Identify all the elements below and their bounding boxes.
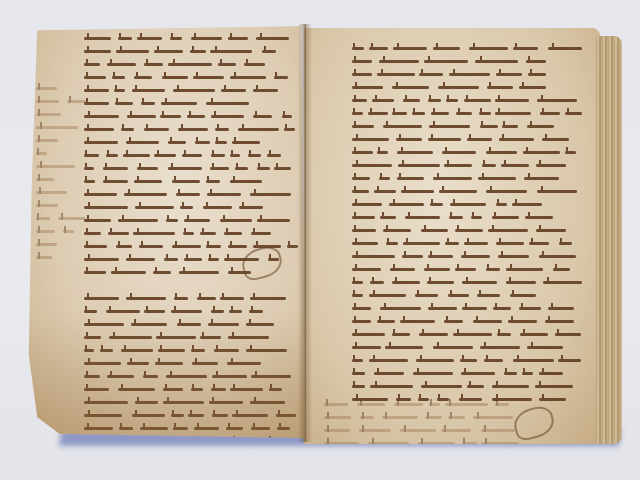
handwritten-word — [172, 245, 201, 248]
handwritten-word — [501, 164, 529, 167]
handwritten-word — [508, 320, 537, 323]
handwritten-word — [352, 372, 365, 375]
handwritten-line — [352, 133, 584, 146]
handwritten-word — [477, 294, 501, 297]
handwritten-line — [84, 357, 298, 370]
handwritten-line — [352, 380, 584, 393]
handwritten-word — [383, 125, 422, 128]
handwritten-word — [368, 442, 410, 444]
handwritten-word — [203, 206, 232, 209]
handwritten-word — [126, 297, 166, 300]
handwritten-word — [352, 47, 364, 50]
handwritten-line — [352, 224, 584, 237]
handwritten-word — [162, 76, 188, 79]
handwritten-word — [84, 323, 124, 326]
handwritten-word — [352, 320, 371, 323]
handwritten-line — [84, 292, 298, 305]
handwritten-word — [154, 154, 176, 157]
handwritten-word — [442, 151, 477, 154]
handwritten-word — [385, 346, 423, 349]
handwritten-word — [444, 320, 463, 323]
handwritten-word — [179, 271, 219, 274]
handwritten-line — [36, 95, 86, 108]
handwritten-word — [497, 333, 511, 336]
handwritten-word — [403, 99, 420, 102]
handwritten-line — [84, 136, 298, 149]
handwritten-word — [191, 388, 203, 391]
handwritten-word — [524, 177, 559, 180]
right-main-text-block — [352, 42, 584, 406]
handwritten-word — [449, 73, 491, 76]
handwritten-word — [450, 203, 487, 206]
handwritten-word — [168, 63, 212, 66]
handwritten-line — [352, 367, 584, 380]
handwritten-word — [103, 167, 128, 170]
handwritten-word — [84, 219, 111, 222]
handwritten-word — [446, 99, 458, 102]
handwritten-word — [36, 113, 61, 116]
handwritten-word — [115, 102, 133, 105]
handwritten-word — [421, 385, 463, 388]
handwritten-word — [84, 89, 109, 92]
handwritten-word — [392, 281, 420, 284]
handwritten-line — [352, 315, 584, 328]
handwritten-word — [84, 401, 128, 404]
handwritten-word — [369, 359, 408, 362]
handwritten-word — [392, 112, 407, 115]
handwritten-line — [84, 305, 298, 318]
handwritten-word — [493, 307, 512, 310]
handwritten-word — [352, 268, 381, 271]
handwritten-word — [251, 232, 271, 235]
handwritten-word — [226, 427, 243, 430]
handwritten-word — [166, 219, 178, 222]
handwritten-word — [84, 388, 109, 391]
handwritten-word — [197, 297, 216, 300]
handwritten-word — [352, 255, 395, 258]
handwritten-word — [523, 151, 560, 154]
handwritten-line — [84, 71, 298, 84]
handwritten-word — [215, 141, 228, 144]
handwritten-word — [230, 154, 240, 157]
handwritten-word — [191, 349, 205, 352]
handwritten-word — [135, 401, 157, 404]
handwritten-word — [100, 349, 113, 352]
handwritten-word — [519, 307, 541, 310]
handwritten-word — [565, 151, 576, 154]
handwritten-word — [84, 193, 117, 196]
handwritten-word — [377, 320, 395, 323]
handwritten-line — [84, 370, 298, 383]
handwritten-word — [230, 76, 266, 79]
handwritten-word — [218, 63, 236, 66]
handwritten-line — [36, 147, 86, 160]
handwritten-word — [548, 47, 581, 50]
handwritten-word — [160, 115, 181, 118]
handwritten-word — [527, 125, 554, 128]
handwritten-line — [352, 302, 584, 315]
handwritten-word — [513, 47, 538, 50]
left-lower-text-block — [84, 292, 298, 438]
handwritten-word — [460, 359, 477, 362]
handwritten-line — [352, 42, 584, 55]
handwritten-word — [155, 362, 183, 365]
handwritten-word — [486, 190, 528, 193]
handwritten-word — [486, 151, 517, 154]
handwritten-word — [545, 320, 575, 323]
handwritten-word — [513, 359, 554, 362]
handwritten-word — [36, 87, 57, 90]
handwritten-word — [539, 372, 563, 375]
handwritten-word — [453, 333, 492, 336]
handwritten-word — [379, 60, 419, 63]
handwritten-word — [230, 180, 263, 183]
handwritten-line — [84, 175, 298, 188]
handwritten-word — [140, 427, 168, 430]
handwritten-word — [439, 190, 478, 193]
handwritten-word — [352, 164, 392, 167]
handwritten-word — [284, 128, 295, 131]
handwritten-word — [526, 60, 546, 63]
handwritten-word — [227, 362, 260, 365]
handwritten-word — [368, 112, 388, 115]
handwritten-word — [428, 99, 441, 102]
handwritten-word — [224, 232, 242, 235]
right-page — [304, 28, 600, 444]
handwritten-line — [36, 186, 86, 199]
handwritten-word — [433, 346, 473, 349]
handwritten-word — [352, 112, 363, 115]
handwritten-word — [164, 258, 178, 261]
handwritten-word — [496, 203, 508, 206]
handwritten-word — [352, 307, 371, 310]
handwritten-word — [352, 229, 376, 232]
handwritten-line — [84, 214, 298, 227]
handwritten-word — [127, 115, 156, 118]
handwritten-word — [250, 297, 287, 300]
handwritten-word — [84, 362, 121, 365]
handwritten-line — [84, 331, 298, 344]
handwritten-word — [352, 333, 385, 336]
handwritten-word — [84, 63, 100, 66]
handwritten-word — [250, 401, 285, 404]
handwritten-word — [324, 429, 350, 432]
handwritten-line — [84, 162, 298, 175]
handwritten-word — [372, 99, 394, 102]
handwritten-word — [473, 320, 502, 323]
handwritten-word — [559, 242, 573, 245]
handwritten-word — [444, 164, 472, 167]
handwritten-word — [528, 73, 545, 76]
handwritten-line — [352, 276, 584, 289]
handwritten-word — [246, 323, 273, 326]
handwritten-word — [107, 63, 136, 66]
handwritten-word — [487, 86, 513, 89]
handwritten-word — [253, 89, 278, 92]
handwritten-word — [84, 37, 111, 40]
handwritten-line — [352, 250, 584, 263]
handwritten-word — [249, 310, 262, 313]
handwritten-line — [84, 97, 298, 110]
handwritten-word — [456, 112, 472, 115]
handwritten-word — [383, 229, 412, 232]
handwritten-word — [262, 50, 276, 53]
handwritten-word — [211, 154, 226, 157]
handwritten-word — [539, 255, 576, 258]
handwritten-word — [390, 268, 415, 271]
handwritten-word — [84, 76, 106, 79]
handwritten-word — [107, 375, 134, 378]
handwritten-word — [486, 268, 500, 271]
handwritten-word — [419, 73, 443, 76]
handwritten-word — [235, 167, 248, 170]
handwritten-word — [84, 154, 99, 157]
handwritten-word — [173, 89, 215, 92]
handwritten-word — [144, 63, 164, 66]
handwritten-word — [84, 375, 100, 378]
handwritten-word — [520, 333, 548, 336]
handwritten-word — [352, 242, 378, 245]
handwritten-word — [251, 427, 271, 430]
handwritten-word — [114, 89, 126, 92]
handwritten-line — [352, 81, 584, 94]
handwritten-word — [256, 37, 288, 40]
handwritten-word — [180, 206, 193, 209]
handwritten-word — [200, 336, 221, 339]
handwritten-word — [445, 403, 488, 406]
handwritten-word — [246, 349, 287, 352]
handwritten-word — [542, 138, 569, 141]
handwritten-word — [267, 154, 281, 157]
handwritten-word — [188, 414, 204, 417]
handwritten-word — [84, 414, 122, 417]
handwritten-word — [158, 349, 186, 352]
handwritten-word — [478, 177, 516, 180]
handwritten-word — [529, 242, 549, 245]
handwritten-line — [352, 94, 584, 107]
handwritten-word — [464, 242, 488, 245]
handwritten-word — [221, 89, 246, 92]
handwritten-word — [473, 416, 513, 419]
handwritten-word — [84, 50, 111, 53]
handwritten-word — [215, 128, 229, 131]
handwritten-word — [416, 359, 454, 362]
handwritten-word — [512, 203, 542, 206]
handwritten-word — [84, 258, 119, 261]
handwritten-word — [377, 73, 415, 76]
handwritten-word — [156, 336, 195, 339]
handwritten-word — [67, 100, 86, 103]
handwritten-word — [495, 99, 529, 102]
handwritten-word — [527, 346, 563, 349]
handwritten-word — [126, 141, 158, 144]
handwritten-word — [352, 294, 363, 297]
handwritten-word — [382, 416, 419, 419]
handwritten-word — [537, 190, 577, 193]
handwritten-word — [36, 139, 58, 142]
handwritten-word — [211, 388, 225, 391]
handwritten-word — [510, 294, 536, 297]
handwritten-line — [352, 107, 584, 120]
handwritten-word — [84, 349, 94, 352]
handwritten-word — [429, 403, 440, 406]
handwritten-word — [228, 336, 269, 339]
handwritten-word — [488, 229, 529, 232]
handwritten-word — [469, 47, 507, 50]
handwritten-word — [352, 73, 372, 76]
handwritten-word — [522, 372, 533, 375]
handwritten-word — [36, 152, 47, 155]
handwritten-word — [479, 112, 490, 115]
handwritten-word — [400, 429, 436, 432]
handwritten-word — [380, 216, 396, 219]
handwritten-line — [352, 289, 584, 302]
handwritten-word — [535, 385, 573, 388]
handwritten-word — [418, 442, 455, 444]
handwritten-line — [352, 146, 584, 159]
handwritten-word — [396, 138, 422, 141]
handwritten-line — [84, 409, 298, 422]
handwritten-word — [166, 375, 208, 378]
handwritten-line — [84, 344, 298, 357]
handwritten-word — [171, 414, 184, 417]
handwritten-word — [84, 141, 118, 144]
handwritten-word — [118, 37, 132, 40]
handwritten-word — [116, 245, 132, 248]
handwritten-line — [36, 134, 86, 147]
handwritten-word — [428, 255, 453, 258]
handwritten-word — [36, 230, 55, 233]
left-page — [26, 22, 306, 438]
handwritten-word — [214, 349, 239, 352]
handwritten-word — [36, 217, 50, 220]
handwritten-word — [427, 281, 454, 284]
handwritten-word — [108, 232, 129, 235]
handwritten-word — [389, 203, 423, 206]
handwritten-line — [84, 318, 298, 331]
handwritten-word — [144, 128, 170, 131]
handwritten-word — [536, 164, 566, 167]
handwritten-word — [184, 219, 210, 222]
handwritten-word — [484, 359, 503, 362]
handwritten-word — [168, 167, 202, 170]
handwritten-word — [274, 76, 289, 79]
handwritten-word — [369, 47, 388, 50]
handwritten-word — [496, 73, 522, 76]
handwritten-line — [352, 211, 584, 224]
handwritten-line — [36, 108, 86, 121]
handwritten-word — [455, 268, 476, 271]
handwritten-word — [239, 206, 262, 209]
handwritten-word — [352, 99, 367, 102]
handwritten-word — [502, 125, 518, 128]
handwritten-word — [176, 193, 200, 196]
handwritten-line — [84, 383, 298, 396]
handwritten-word — [412, 112, 425, 115]
handwritten-word — [190, 50, 206, 53]
handwritten-word — [232, 414, 268, 417]
handwritten-word — [448, 416, 465, 419]
handwritten-word — [352, 138, 389, 141]
handwritten-word — [139, 245, 163, 248]
handwritten-word — [352, 281, 363, 284]
handwritten-word — [462, 442, 477, 444]
handwritten-word — [163, 401, 204, 404]
handwritten-word — [141, 102, 155, 105]
handwritten-word — [36, 204, 58, 207]
handwritten-line — [36, 212, 86, 225]
handwritten-line — [36, 121, 86, 134]
handwritten-word — [253, 115, 272, 118]
handwritten-word — [36, 100, 59, 103]
handwritten-word — [421, 229, 448, 232]
handwritten-word — [251, 375, 291, 378]
handwritten-word — [137, 167, 158, 170]
handwritten-line — [352, 198, 584, 211]
handwritten-word — [475, 60, 518, 63]
handwritten-word — [36, 126, 78, 129]
handwritten-word — [537, 99, 577, 102]
handwritten-word — [352, 359, 363, 362]
handwritten-line — [352, 159, 584, 172]
handwritten-word — [269, 388, 282, 391]
handwritten-word — [441, 429, 471, 432]
handwritten-word — [392, 333, 410, 336]
handwritten-word — [492, 385, 529, 388]
handwritten-line — [36, 199, 86, 212]
handwritten-line — [352, 185, 584, 198]
handwritten-word — [498, 255, 529, 258]
handwritten-word — [220, 297, 244, 300]
handwritten-word — [374, 190, 396, 193]
handwritten-line — [352, 55, 584, 68]
handwritten-word — [174, 297, 188, 300]
handwritten-word — [400, 320, 435, 323]
handwritten-word — [111, 271, 146, 274]
handwritten-word — [121, 349, 153, 352]
handwritten-word — [84, 245, 107, 248]
handwritten-word — [144, 310, 165, 313]
handwritten-word — [352, 203, 382, 206]
handwritten-word — [548, 307, 574, 310]
handwritten-word — [134, 76, 152, 79]
handwritten-word — [433, 177, 472, 180]
handwritten-word — [103, 180, 128, 183]
handwritten-word — [106, 154, 118, 157]
handwritten-line — [84, 84, 298, 97]
handwritten-word — [36, 178, 54, 181]
handwritten-word — [504, 372, 518, 375]
handwritten-word — [392, 86, 429, 89]
handwritten-word — [448, 294, 469, 297]
handwritten-line — [36, 251, 86, 264]
handwritten-word — [352, 385, 365, 388]
handwritten-word — [206, 245, 222, 248]
handwritten-word — [163, 388, 182, 391]
handwritten-line — [352, 263, 584, 276]
handwritten-word — [525, 216, 553, 219]
handwritten-line — [36, 82, 86, 95]
handwritten-word — [84, 206, 128, 209]
handwritten-word — [123, 154, 150, 157]
handwritten-word — [536, 229, 565, 232]
handwritten-word — [112, 76, 125, 79]
handwritten-word — [173, 427, 188, 430]
handwritten-word — [126, 258, 155, 261]
handwritten-word — [276, 414, 297, 417]
handwritten-word — [161, 102, 197, 105]
handwritten-word — [210, 167, 229, 170]
